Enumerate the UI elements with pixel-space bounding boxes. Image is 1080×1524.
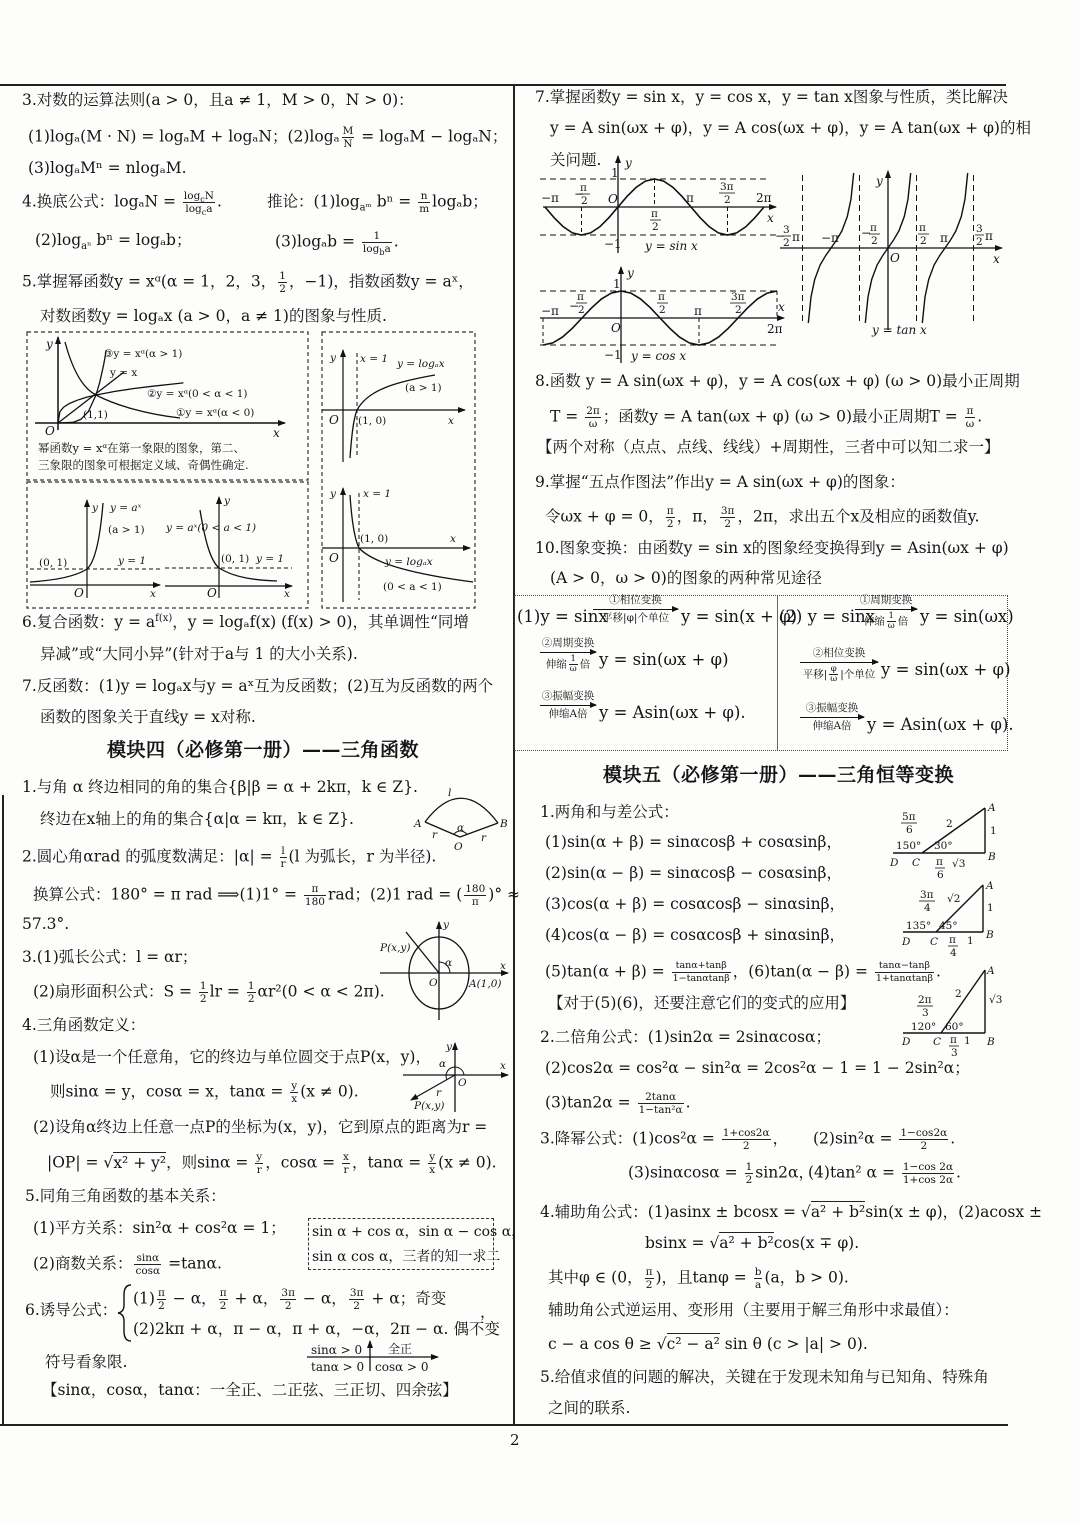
angle-denominator: 4 [924, 902, 931, 914]
origin-label: O [429, 977, 438, 989]
axis-label-x: x [778, 300, 785, 314]
radius-label: r [481, 832, 487, 844]
angle-denominator: 6 [906, 824, 913, 836]
tick-denominator: 2 [735, 304, 742, 316]
angle-label: 120° [911, 1021, 936, 1033]
triangle-30-60: 5π 6 2 1 150° 30° D C π 6 √3 B A [889, 802, 997, 881]
point-label: (1, 0) [360, 533, 388, 545]
point-label-a: A(1,0) [468, 978, 501, 990]
curve-label-1: ①y = xᵅ(α < 0) [176, 407, 254, 419]
sector-diagram: l A B r r α O [413, 787, 508, 853]
axis-label-y: y [329, 352, 337, 364]
axis-label-x: x [448, 415, 454, 427]
angle-numerator: 3π [920, 889, 934, 901]
tick-label: −1 [604, 348, 622, 362]
axis-label-y: y [626, 266, 634, 280]
tick-label: −1 [604, 237, 622, 251]
tick-numerator: 3π [731, 291, 745, 303]
curve-label-3: ③y = xᵅ(α > 1) [104, 348, 182, 360]
tick-numerator: π [651, 208, 658, 220]
axis-label-y: y [445, 1041, 453, 1053]
side-label: 2 [955, 988, 962, 1000]
axis-label-x: x [450, 533, 456, 545]
graph-caption: y = sin x [644, 239, 698, 253]
tick-denominator: 2 [976, 236, 983, 248]
tick-numerator: π [580, 182, 587, 194]
radius [425, 822, 460, 837]
quadrant-3-label: tanα > 0 [311, 1360, 364, 1374]
angle-numerator: 2π [918, 994, 932, 1006]
quadrant-sign-diagram: sinα > 0 全正 tanα > 0 cosα > 0 [307, 1341, 438, 1374]
tick-label: π [940, 231, 948, 245]
tick-numerator: π [577, 291, 584, 303]
point-label-p: P(x,y) [379, 942, 410, 954]
tick-label: 2π [767, 322, 783, 336]
tick-numerator: 3π [720, 181, 734, 193]
side-label: 2 [946, 818, 953, 830]
tick-denominator: 2 [783, 237, 790, 249]
tick-numerator: 3 [783, 224, 790, 236]
tick-denominator: 2 [652, 221, 659, 233]
sine-graph: 1 y −π − π 2 O π 2 π 3π 2 2π x −1 y = si… [540, 156, 780, 253]
tick-label: π [686, 191, 694, 205]
line-label: x = 1 [360, 353, 388, 365]
point-label: C [912, 857, 920, 869]
axis-label-y: y [223, 495, 231, 507]
point-label: C [930, 936, 938, 948]
point-label: (1,1) [83, 409, 108, 421]
line-label: y = 1 [255, 553, 284, 565]
tick-denominator: 2 [659, 304, 666, 316]
angle-label: α [439, 1058, 446, 1070]
point-label: (0, 1) [221, 553, 249, 565]
axis-label-y: y [45, 337, 53, 351]
origin-label: O [458, 1077, 467, 1089]
side-label: √2 [947, 893, 960, 905]
side-label: 1 [987, 902, 994, 914]
condition-label: (0 < a < 1) [383, 581, 442, 593]
axis-label-x: x [273, 426, 280, 440]
side-label: √3 [952, 858, 965, 870]
origin-label: O [890, 251, 900, 265]
exponential-function-graphs: y y = aˣ (a > 1) (0, 1) y = 1 O x y y = … [27, 482, 308, 608]
side-ca [922, 808, 985, 853]
logarithm-function-graphs: y x = 1 y = logₐx (a > 1) O (1, 0) x y x… [322, 332, 475, 608]
origin-label: O [329, 551, 339, 565]
axis-label-x: x [150, 588, 156, 600]
tick-denominator: 2 [920, 235, 927, 247]
function-label: y = aˣ [109, 502, 142, 514]
angle-denominator: 4 [950, 947, 957, 959]
tick-label: π [694, 304, 702, 318]
point-label-p: P(x,y) [413, 1100, 444, 1112]
unit-circle-diagram: P(x,y) α O A(1,0) x y [379, 919, 508, 1020]
radius [460, 823, 498, 837]
trig-definition-diagram: y α x O r P(x,y) [403, 1041, 508, 1112]
quadrant-1-label: 全正 [388, 1341, 412, 1356]
curve-exp-lt-1 [200, 510, 277, 581]
tick-label: π [985, 229, 993, 243]
line-label: y = 1 [117, 555, 146, 567]
document-page: 3.对数的运算法则(a > 0，且a ≠ 1，M > 0，N > 0)： (1)… [0, 0, 1080, 1524]
graph-caption: y = tan x [871, 323, 927, 337]
point-label: D [901, 936, 911, 948]
condition-label: (a > 1) [108, 524, 145, 536]
tick-label: 1 [613, 277, 621, 291]
tick-denominator: 2 [581, 195, 588, 207]
point-label: C [933, 1036, 941, 1048]
angle-numerator: π [936, 856, 943, 868]
angle-numerator: π [950, 1034, 957, 1046]
tick-label: 2π [756, 191, 772, 205]
point-label: (0, 1) [39, 557, 67, 569]
point-label: D [889, 857, 899, 869]
axis-label-x: x [284, 588, 290, 600]
brace-icon [118, 1285, 131, 1341]
angle-numerator: π [949, 934, 956, 946]
point-label: (1, 0) [358, 415, 386, 427]
radius-label: r [432, 829, 438, 841]
axis-label-y: y [91, 502, 99, 514]
axis-label-y: y [875, 174, 883, 188]
point-label: B [986, 1036, 995, 1048]
curve-exp-gt-1 [30, 503, 103, 582]
curve-label-2: ②y = xᵅ(0 < α < 1) [147, 388, 248, 400]
side-label: √3 [989, 994, 1002, 1006]
angle-label: 45° [939, 920, 958, 932]
terminal-side [406, 932, 439, 973]
cosine-graph: 1 y −π − π 2 O π 2 π 3π 2 x 2π −1 y = co… [540, 266, 785, 363]
terminal-side [411, 1075, 455, 1100]
tick-label: −π [541, 191, 559, 205]
diagrams-layer: y ③y = xᵅ(α > 1) y = x ②y = xᵅ(0 < α < 1… [0, 0, 1080, 1524]
axis-label-x: x [993, 252, 1000, 266]
origin-label: O [608, 192, 618, 206]
tick-numerator: π [870, 222, 877, 234]
tangent-graph: − 3 2 π −π − π 2 y O π 2 π 3 2 π x y = t… [775, 171, 1002, 337]
power-function-graph: y ③y = xᵅ(α > 1) y = x ②y = xᵅ(0 < α < 1… [27, 332, 308, 480]
side-label: 1 [967, 935, 974, 947]
radius-label: r [436, 1087, 442, 1099]
point-label: D [901, 1036, 911, 1048]
axis-label-x: x [500, 960, 506, 972]
angle-denominator: 3 [951, 1047, 958, 1059]
tick-denominator: 2 [578, 304, 585, 316]
point-label-a: A [413, 818, 422, 830]
axis-label-y: y [624, 156, 632, 170]
caption-line: 三象限的图象可根据定义域、奇偶性确定. [38, 458, 249, 472]
condition-label: (a > 1) [405, 382, 442, 394]
point-label: B [985, 929, 994, 941]
tick-denominator: 2 [724, 194, 731, 206]
tick-numerator: 3 [976, 223, 983, 235]
graph-caption: y = cos x [630, 349, 686, 363]
curve-label-linear: y = x [109, 367, 137, 379]
point-label: A [987, 802, 996, 814]
caption-line: 幂函数y = xᵅ在第一象限的图象，第二、 [38, 441, 245, 455]
origin-label: O [454, 841, 463, 853]
side-label: 1 [964, 1035, 971, 1047]
tick-label: 1 [611, 166, 619, 180]
angle-denominator: 6 [937, 869, 944, 881]
line-label: x = 1 [363, 488, 391, 500]
axis-label-y: y [442, 919, 450, 931]
origin-label: O [207, 586, 217, 600]
arc [425, 798, 498, 823]
tick-numerator: π [919, 222, 926, 234]
quadrant-2-label: sinα > 0 [311, 1343, 362, 1357]
angle-label: α [445, 957, 452, 969]
axis-label-y: y [329, 488, 337, 500]
angle-label: 60° [945, 1021, 964, 1033]
angle-label: 135° [906, 920, 931, 932]
arc-label: l [448, 787, 451, 799]
angle-numerator: 5π [902, 811, 916, 823]
triangle-60-30: 2π 3 2 √3 120° 60° D C π 3 1 B A [901, 965, 1002, 1059]
tick-label: −π [541, 304, 559, 318]
function-label: y = logₐx [384, 556, 433, 568]
function-label: y = aˣ(0 < a < 1) [165, 522, 256, 534]
axis-label-x: x [500, 1060, 506, 1072]
quadrant-4-label: cosα > 0 [375, 1360, 429, 1374]
point-label: A [986, 965, 995, 977]
point-label: B [987, 851, 996, 863]
point-label: A [985, 880, 994, 892]
tick-numerator: π [658, 291, 665, 303]
side-label: 1 [990, 825, 997, 837]
origin-label: O [74, 586, 84, 600]
origin-label: O [329, 413, 339, 427]
triangle-45-45: 3π 4 √2 1 135° 45° D C π 4 1 B A [901, 880, 994, 959]
angle-label: 30° [934, 840, 953, 852]
origin-label: O [611, 321, 621, 335]
angle-denominator: 3 [922, 1007, 929, 1019]
angle-label: 150° [896, 840, 921, 852]
point-label-b: B [499, 818, 508, 830]
tick-denominator: 2 [871, 235, 878, 247]
angle-label: α [457, 822, 464, 834]
origin-label: O [45, 424, 55, 438]
tick-label: −π [821, 231, 839, 245]
function-label: y = logₐx [396, 358, 445, 370]
tick-label: π [792, 230, 800, 244]
axis-label-x: x [767, 211, 774, 225]
dashed-frame [27, 482, 308, 608]
